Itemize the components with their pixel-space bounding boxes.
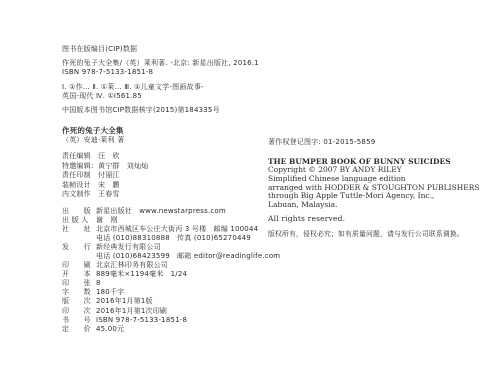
staff-row-editor: 责任编辑 汪 欣: [62, 152, 292, 162]
pub-row-sheets: 印 张 8: [62, 279, 292, 288]
pub-label: 印 次: [62, 307, 96, 316]
pub-row-book-number: 书 号 ISBN 978-7-5133-1851-8: [62, 316, 292, 325]
pub-label: 定 价: [62, 325, 96, 334]
pub-row-distributor: 发 行 新经典发行有限公司: [62, 243, 292, 252]
colophon-page: 图书在版编目(CIP)数据 作死的兔子大全集/（英）莱利著. -北京: 新星出版…: [0, 0, 500, 380]
pub-value: 谢 刚: [96, 216, 118, 225]
pub-row-edition: 版 次 2016年1月第1版: [62, 297, 292, 306]
pub-value: 北京汇林印务有限公司: [96, 261, 168, 270]
pub-label: 社 址: [62, 225, 96, 234]
pub-value: 北京市西城区车公庄大街丙 3 号楼 邮编 100044: [96, 225, 258, 234]
pub-value: ISBN 978-7-5133-1851-8: [96, 316, 187, 325]
staff-row-print-supervisor: 责任印制 付丽江: [62, 171, 292, 181]
pub-row-publisher-person: 出 版 人 谢 刚: [62, 216, 292, 225]
pub-row-phone-fax: 电话 (010)88310888 传真 (010)65270449: [62, 234, 292, 243]
book-title: 作死的兔子大全集: [62, 126, 292, 136]
staff-row-designer: 装帧设计 宋 鹏: [62, 181, 292, 191]
pub-value: 889毫米×1194毫米 1/24: [96, 270, 187, 279]
pub-label: 印 刷: [62, 261, 96, 270]
pub-value: 电话 (010)88310888 传真 (010)65270449: [96, 234, 251, 243]
pub-label: [62, 234, 96, 243]
classification-line-2: 英国-现代 Ⅳ. ①I561.85: [62, 92, 292, 102]
pub-label: 出 版 人: [62, 216, 96, 225]
pub-label: 版 次: [62, 297, 96, 306]
pub-value: 新经典发行有限公司: [96, 243, 161, 252]
pub-label: 印 张: [62, 279, 96, 288]
pub-label: 发 行: [62, 243, 96, 252]
staff-row-guest-editors: 特邀编辑：黄宁群 刘灿灿: [62, 162, 292, 172]
pub-row-printer: 印 刷 北京汇林印务有限公司: [62, 261, 292, 270]
pub-row-distributor-contact: 电话 (010)68423599 邮箱 editor@readinglife.c…: [62, 252, 292, 261]
pub-value: 8: [96, 279, 101, 288]
agency-location-line: Labuan, Malaysia.: [268, 201, 493, 210]
pub-row-price: 定 价 45.00元: [62, 325, 292, 334]
pub-label: 出 版: [62, 207, 96, 216]
pub-value: 电话 (010)68423599 邮箱 editor@readinglife.c…: [96, 252, 280, 261]
staff-block: 责任编辑 汪 欣 特邀编辑：黄宁群 刘灿灿 责任印制 付丽江 装帧设计 宋 鹏 …: [62, 152, 292, 200]
book-author: （英）安迪·莱利 著: [62, 136, 292, 146]
left-column: 图书在版编目(CIP)数据 作死的兔子大全集/（英）莱利著. -北京: 新星出版…: [62, 45, 292, 334]
pub-value: 2016年1月第1版: [96, 297, 153, 306]
pub-row-printing: 印 次 2016年1月第1次印刷: [62, 307, 292, 316]
right-column: 著作权登记图字: 01-2015-5859 THE BUMPER BOOK OF…: [268, 138, 493, 239]
classification-line-1: Ⅰ. ①作… Ⅱ. ①莱… Ⅲ. ①儿童文学-图画故事-: [62, 83, 292, 93]
cip-registry-number: 中国版本图书馆CIP数据核字(2015)第184335号: [62, 106, 292, 116]
pub-value: 45.00元: [96, 325, 124, 334]
cip-heading: 图书在版编目(CIP)数据: [62, 45, 292, 55]
rights-reserved-en: All rights reserved.: [268, 215, 493, 224]
pub-label: [62, 252, 96, 261]
cip-data-block: 图书在版编目(CIP)数据 作死的兔子大全集/（英）莱利著. -北京: 新星出版…: [62, 45, 292, 115]
pub-label: 开 本: [62, 270, 96, 279]
isbn-line: ISBN 978-7-5133-1851-8: [62, 68, 292, 78]
english-copyright-block: THE BUMPER BOOK OF BUNNY SUICIDES Copyri…: [268, 158, 493, 210]
title-block: 作死的兔子大全集 （英）安迪·莱利 著: [62, 126, 292, 145]
copyright-registry-number: 著作权登记图字: 01-2015-5859: [268, 138, 493, 148]
staff-row-typesetter: 内文制作 王春雪: [62, 190, 292, 200]
cip-description: 作死的兔子大全集/（英）莱利著. -北京: 新星出版社, 2016.1: [62, 59, 292, 69]
pub-label: 书 号: [62, 316, 96, 325]
pub-value: 2016年1月第1次印刷: [96, 307, 167, 316]
pub-value: 新星出版社 www.newstarpress.com: [96, 207, 226, 216]
pub-row-format: 开 本 889毫米×1194毫米 1/24: [62, 270, 292, 279]
publication-details-block: 出 版 新星出版社 www.newstarpress.com 出 版 人 谢 刚…: [62, 207, 292, 334]
rights-notice-cn: 版权所有，侵权必究；如有质量问题，请与发行公司联系调换。: [268, 230, 493, 240]
pub-row-address: 社 址 北京市西城区车公庄大街丙 3 号楼 邮编 100044: [62, 225, 292, 234]
pub-row-publisher: 出 版 新星出版社 www.newstarpress.com: [62, 207, 292, 216]
